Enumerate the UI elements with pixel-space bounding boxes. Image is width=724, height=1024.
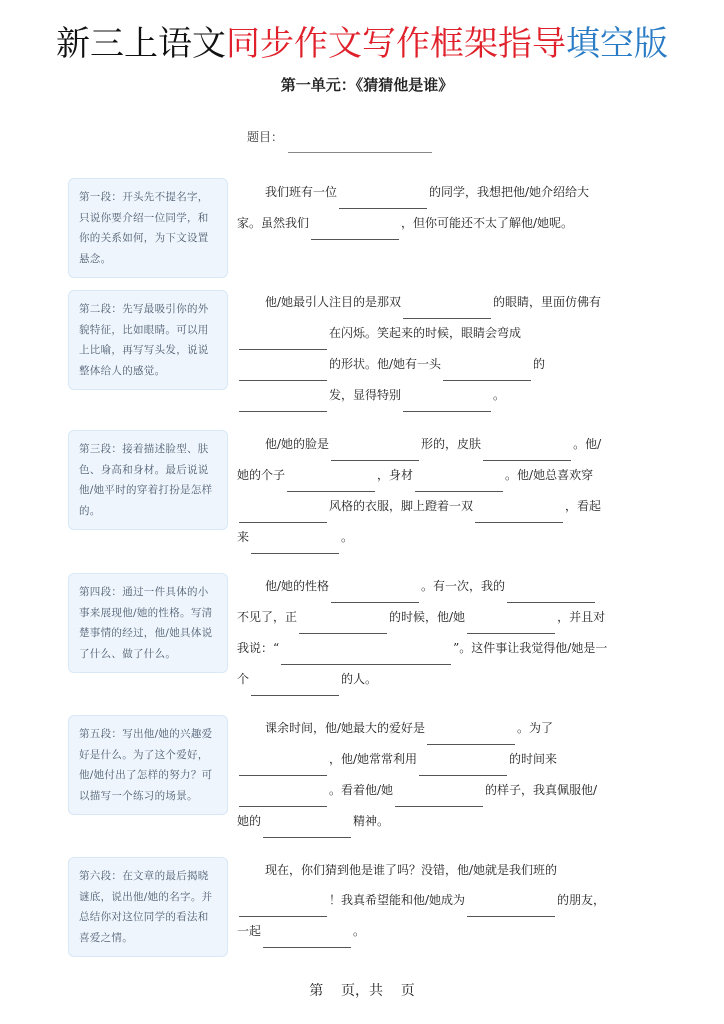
fill-blank[interactable] bbox=[239, 363, 327, 381]
fill-blank[interactable] bbox=[415, 474, 503, 492]
fill-blank-quote[interactable] bbox=[281, 647, 451, 665]
fill-blank[interactable] bbox=[239, 789, 327, 807]
fill-blank[interactable] bbox=[299, 616, 387, 634]
fill-blank[interactable] bbox=[507, 585, 595, 603]
paragraph-3: 他/她的脸是形的，皮肤。他/她的个子，身材。他/她总喜欢穿风格的衣服，脚上蹬着一… bbox=[237, 430, 609, 554]
text: ，他/她常常利用 bbox=[329, 752, 417, 766]
text: 。他/她总喜欢穿 bbox=[505, 468, 593, 482]
fill-blank[interactable] bbox=[239, 505, 327, 523]
fill-blank[interactable] bbox=[427, 727, 515, 745]
text: 的人。 bbox=[341, 672, 377, 686]
text: 在闪烁。笑起来的时候，眼睛会弯成 bbox=[329, 326, 521, 340]
text: 他/她的脸是 bbox=[265, 437, 329, 451]
fill-blank[interactable] bbox=[395, 789, 483, 807]
text: 。为了 bbox=[517, 721, 553, 735]
hint-box-paragraph-3: 第三段：接着描述脸型、肤色、身高和身材。最后说说他/她平时的穿着打扮是怎样的。 bbox=[68, 430, 228, 530]
text: 发，显得特别 bbox=[329, 388, 401, 402]
fill-blank[interactable] bbox=[475, 505, 563, 523]
fill-blank[interactable] bbox=[287, 474, 375, 492]
text: 。有一次，我的 bbox=[421, 579, 505, 593]
text: 我们班有一位 bbox=[265, 185, 337, 199]
page-number: 第 页，共 页 bbox=[0, 980, 724, 1000]
fill-blank[interactable] bbox=[331, 443, 419, 461]
text: 精神。 bbox=[353, 814, 389, 828]
text: 形的，皮肤 bbox=[421, 437, 481, 451]
text: 的 bbox=[533, 357, 545, 371]
text: 的时候，他/她 bbox=[389, 610, 465, 624]
text: 的时间来 bbox=[509, 752, 557, 766]
hint-box-paragraph-5: 第五段：写出他/她的兴趣爱好是什么。为了这个爱好，他/她付出了怎样的努力？可以描… bbox=[68, 715, 228, 815]
fill-blank[interactable] bbox=[443, 363, 531, 381]
text: 。 bbox=[353, 924, 365, 938]
fill-blank[interactable] bbox=[483, 443, 571, 461]
fill-blank[interactable] bbox=[263, 820, 351, 838]
paragraph-5: 课余时间，他/她最大的爱好是。为了，他/她常常利用的时间来。看着他/她的样子，我… bbox=[237, 714, 609, 838]
text: 。看着他/她 bbox=[329, 783, 393, 797]
fill-blank[interactable] bbox=[251, 536, 339, 554]
paragraph-1: 我们班有一位的同学，我想把他/她介绍给大家。虽然我们，但你可能还不太了解他/她呢… bbox=[237, 178, 609, 240]
title-part-grade: 新三上语文 bbox=[56, 24, 226, 64]
topic-blank[interactable] bbox=[288, 152, 432, 153]
title-part-guide: 同步作文写作框架指导 bbox=[226, 24, 566, 64]
text: 的眼睛，里面仿佛有 bbox=[493, 295, 601, 309]
paragraph-2: 他/她最引人注目的是那双的眼睛，里面仿佛有在闪烁。笑起来的时候，眼睛会弯成的形状… bbox=[237, 288, 609, 412]
document-title: 新三上语文同步作文写作框架指导填空版 bbox=[0, 22, 724, 66]
fill-blank[interactable] bbox=[467, 616, 555, 634]
text: 。 bbox=[493, 388, 505, 402]
fill-blank[interactable] bbox=[403, 301, 491, 319]
fill-blank[interactable] bbox=[311, 222, 399, 240]
text: 他/她最引人注目的是那双 bbox=[265, 295, 401, 309]
topic-label: 题目： bbox=[247, 128, 283, 145]
hint-box-paragraph-2: 第二段：先写最吸引你的外貌特征，比如眼睛。可以用上比喻，再写写头发，说说整体给人… bbox=[68, 290, 228, 390]
hint-box-paragraph-6: 第六段：在文章的最后揭晓谜底，说出他/她的名字。并总结你对这位同学的看法和喜爱之… bbox=[68, 857, 228, 957]
fill-blank[interactable] bbox=[251, 678, 339, 696]
paragraph-4: 他/她的性格。有一次，我的不见了，正的时候，他/她，并且对我说：“”。这件事让我… bbox=[237, 572, 609, 696]
text: 。 bbox=[341, 530, 353, 544]
text: ，但你可能还不太了解他/她呢。 bbox=[401, 216, 573, 230]
text: 的形状。他/她有一头 bbox=[329, 357, 441, 371]
text: ，身材 bbox=[377, 468, 413, 482]
hint-box-paragraph-4: 第四段：通过一件具体的小事来展现他/她的性格。写清楚事情的经过，他/她具体说了什… bbox=[68, 573, 228, 673]
text: ！我真希望能和他/她成为 bbox=[329, 893, 465, 907]
fill-blank[interactable] bbox=[467, 899, 555, 917]
fill-blank[interactable] bbox=[239, 899, 327, 917]
text: 不见了，正 bbox=[237, 610, 297, 624]
fill-blank[interactable] bbox=[239, 332, 327, 350]
fill-blank[interactable] bbox=[403, 394, 491, 412]
text: 现在，你们猜到他是谁了吗？没错，他/她就是我们班的 bbox=[265, 863, 557, 877]
hint-box-paragraph-1: 第一段：开头先不提名字，只说你要介绍一位同学，和你的关系如何，为下文设置悬念。 bbox=[68, 178, 228, 278]
paragraph-6: 现在，你们猜到他是谁了吗？没错，他/她就是我们班的！我真希望能和他/她成为的朋友… bbox=[237, 856, 609, 948]
title-part-version: 填空版 bbox=[566, 24, 668, 64]
fill-blank[interactable] bbox=[263, 930, 351, 948]
fill-blank[interactable] bbox=[339, 191, 427, 209]
unit-title: 第一单元：《猜猜他是谁》 bbox=[0, 74, 724, 95]
text: 风格的衣服，脚上蹬着一双 bbox=[329, 499, 473, 513]
fill-blank[interactable] bbox=[419, 758, 507, 776]
text: 课余时间，他/她最大的爱好是 bbox=[265, 721, 425, 735]
fill-blank[interactable] bbox=[239, 394, 327, 412]
fill-blank[interactable] bbox=[331, 585, 419, 603]
text: 他/她的性格 bbox=[265, 579, 329, 593]
fill-blank[interactable] bbox=[239, 758, 327, 776]
